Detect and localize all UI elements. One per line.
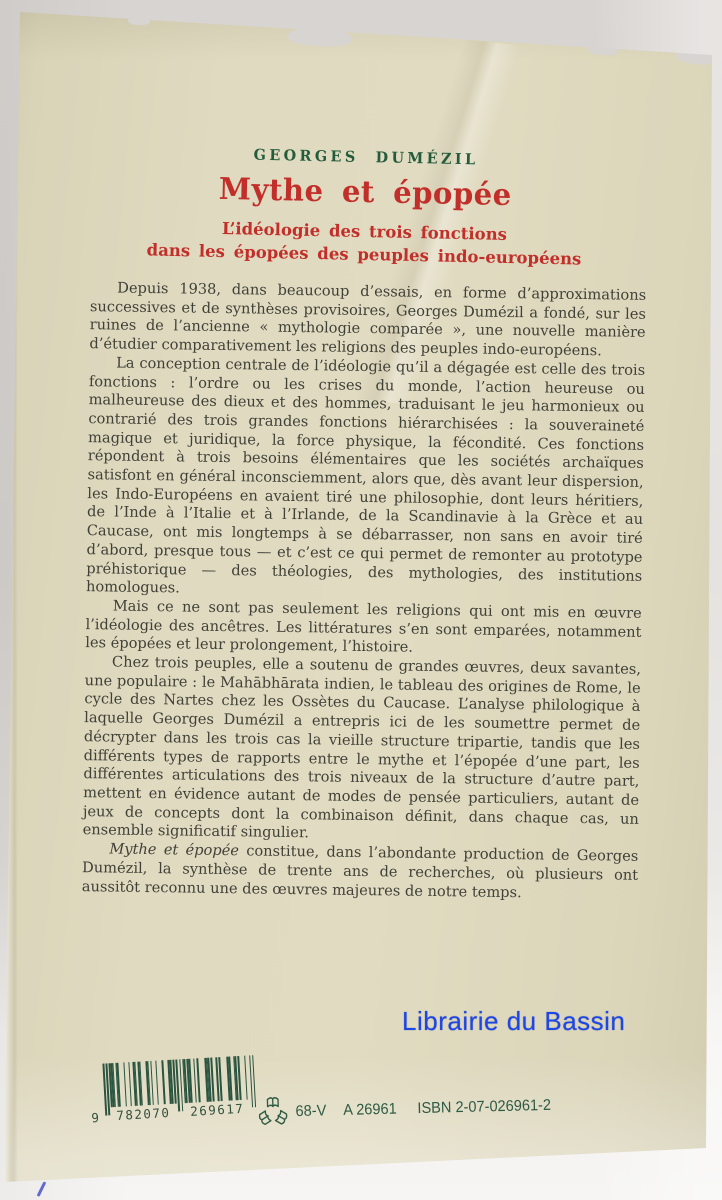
publisher-emblem-icon <box>258 1095 289 1130</box>
pen-mark <box>37 1181 46 1196</box>
bookseller-watermark: Librairie du Bassin <box>402 1006 625 1037</box>
book-photo: GEORGES DUMÉZIL Mythe et épopée L’idéolo… <box>0 0 722 1200</box>
page-block-edge <box>4 10 18 1190</box>
book-back-cover: GEORGES DUMÉZIL Mythe et épopée L’idéolo… <box>0 0 722 1200</box>
synopsis-paragraph: Mythe et épopée constitue, dans l’abonda… <box>82 840 639 904</box>
synopsis-text: Depuis 1938, dans beaucoup d’essais, en … <box>82 279 647 904</box>
isbn-number: ISBN 2-07-026961-2 <box>417 1097 551 1118</box>
publisher-line: 68-V A 26961 ISBN 2-07-026961-2 <box>258 1089 552 1130</box>
barcode-digit-group: 782070 <box>116 1105 171 1123</box>
ean-barcode: 9 782070 269617 <box>94 1055 267 1128</box>
synopsis-paragraph: Mais ce ne sont pas seulement les religi… <box>85 597 642 661</box>
barcode-digit-prefix: 9 <box>91 1110 99 1125</box>
book-title-italic: Mythe et épopée <box>109 841 239 860</box>
edition-code: 68-V <box>295 1102 326 1121</box>
edge-wear-chip <box>128 16 150 26</box>
catalog-number: A 26961 <box>343 1101 397 1120</box>
title-block: GEORGES DUMÉZIL Mythe et épopée L’idéolo… <box>84 142 646 272</box>
synopsis-paragraph: La conception centrale de l’idéologie qu… <box>86 354 645 605</box>
synopsis-paragraph: Chez trois peuples, elle a soutenu de gr… <box>83 653 642 848</box>
book-title: Mythe et épopée <box>93 169 637 215</box>
synopsis-paragraph: Depuis 1938, dans beaucoup d’essais, en … <box>89 279 646 362</box>
barcode-digit-group: 269617 <box>190 1101 245 1119</box>
